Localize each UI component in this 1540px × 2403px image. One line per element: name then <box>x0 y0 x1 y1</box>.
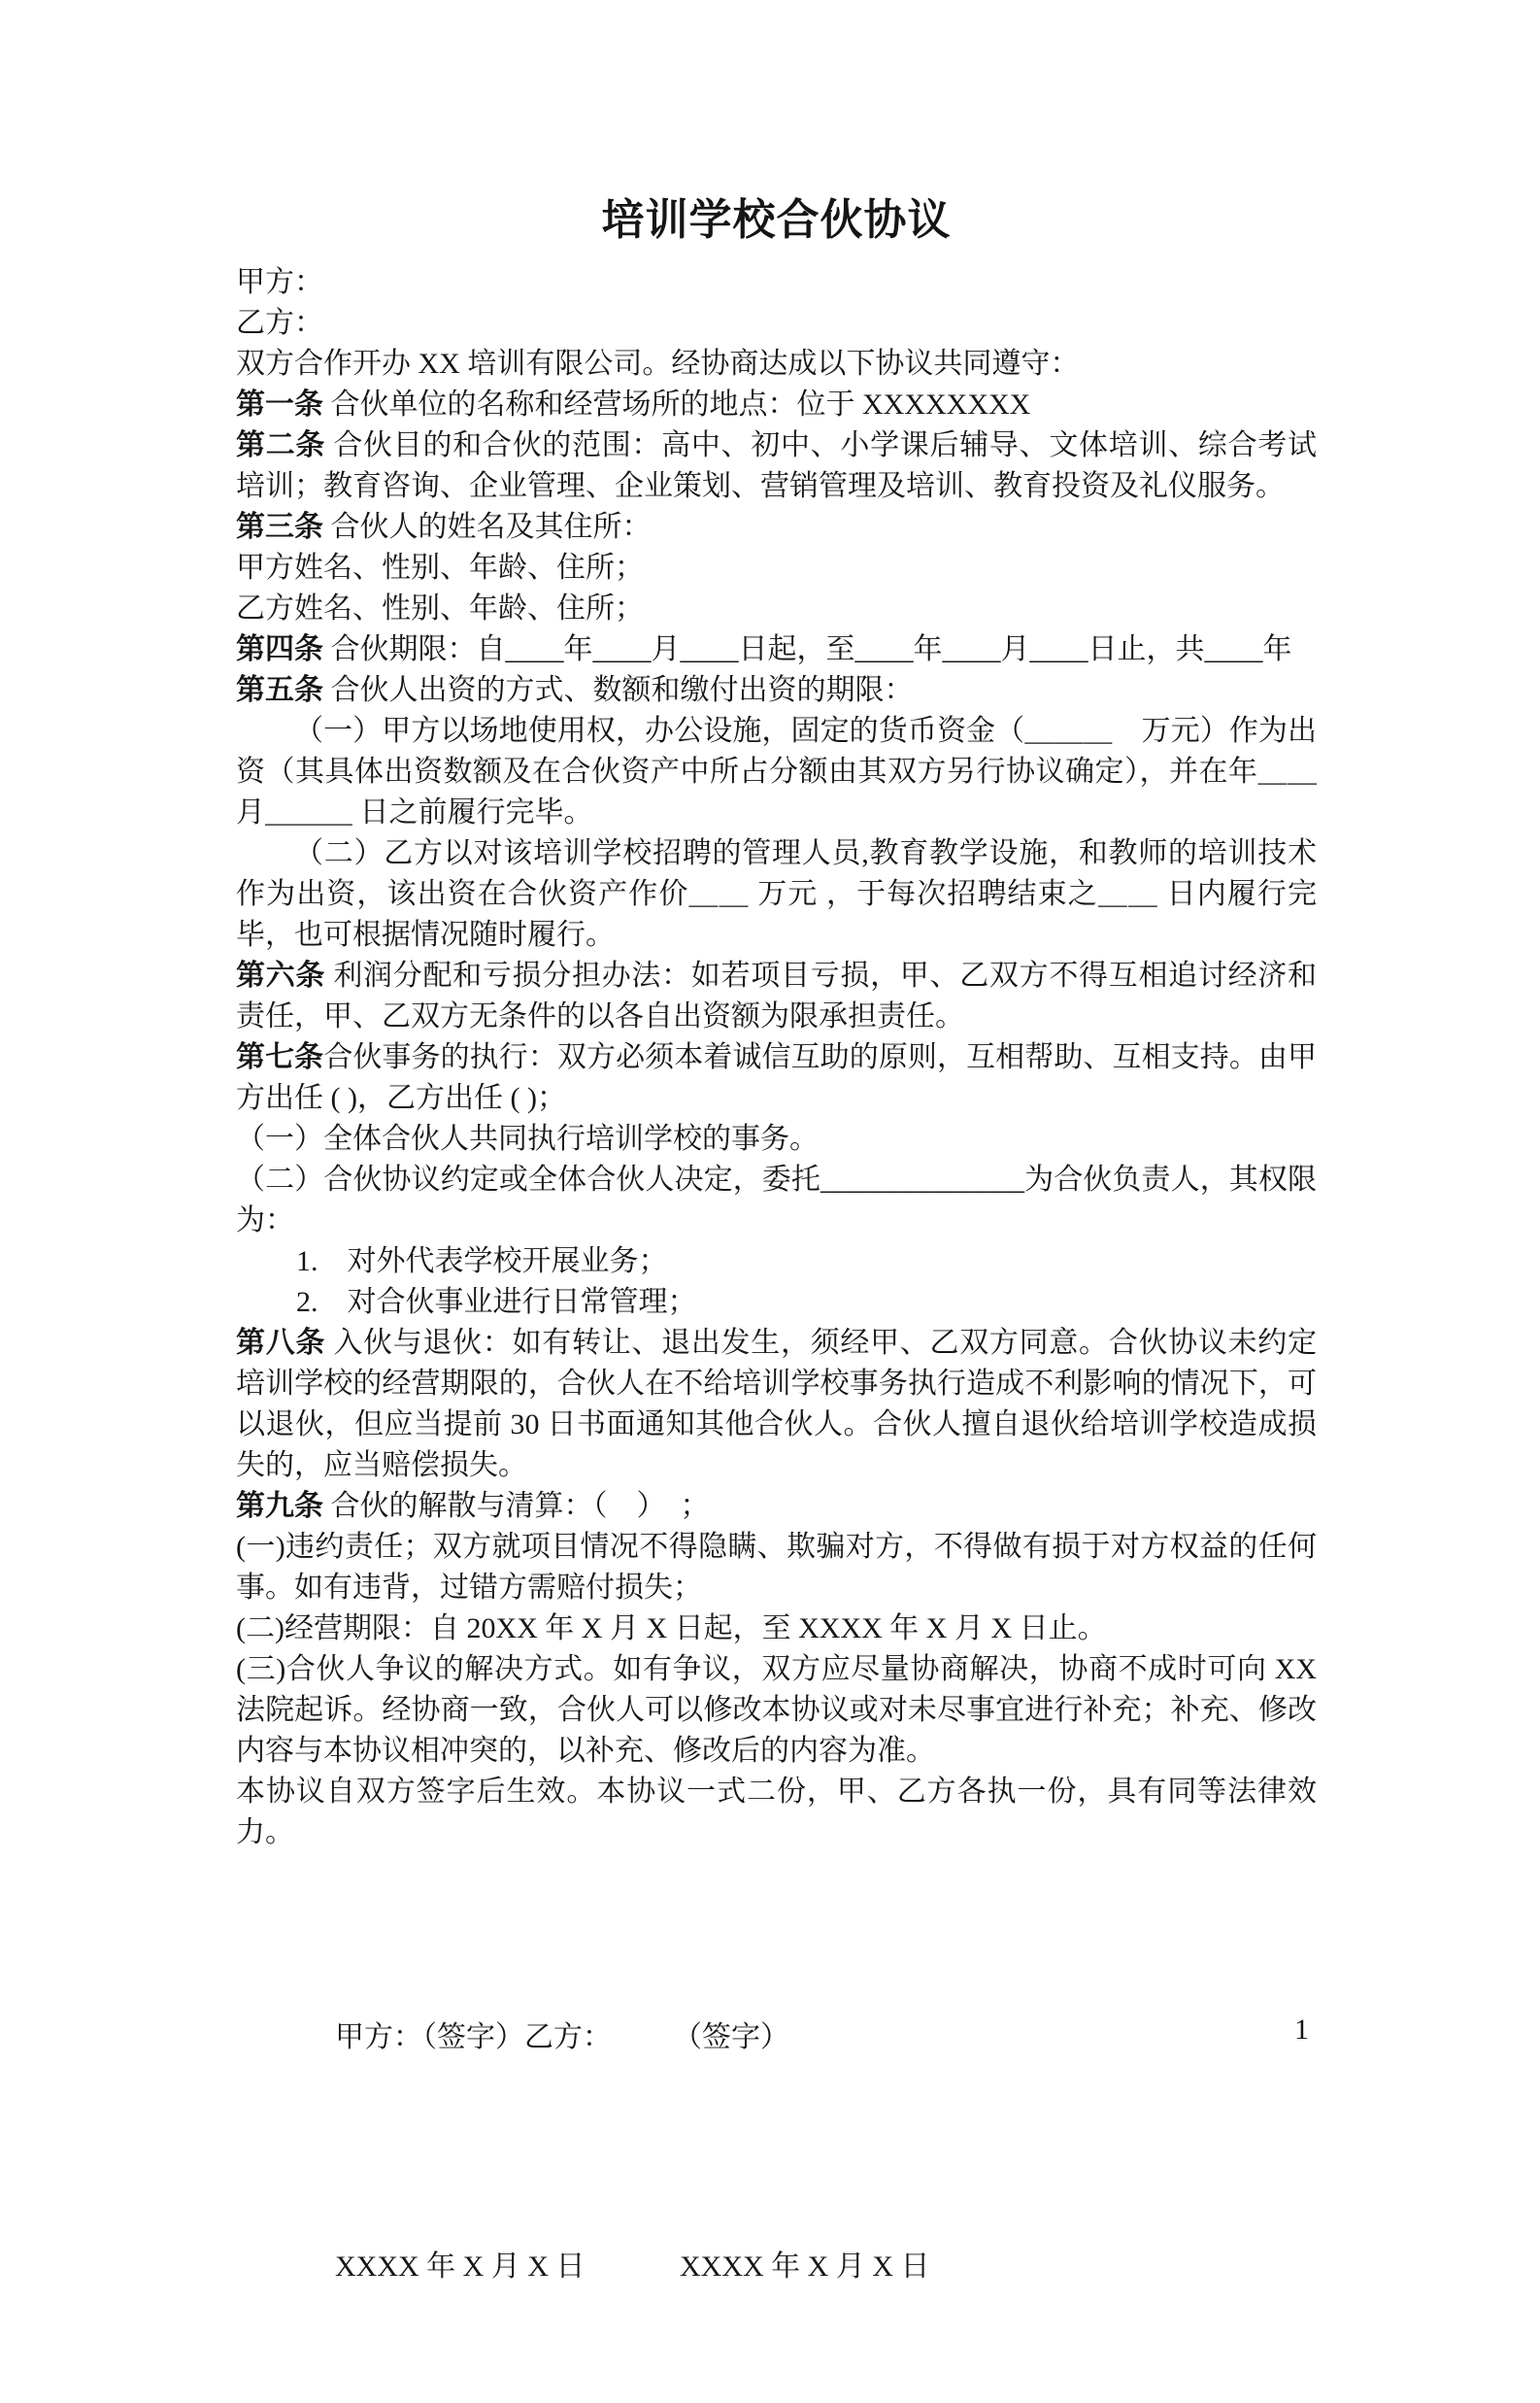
clause-7: 第七条合伙事务的执行：双方必须本着诚信互助的原则，互相帮助、互相支持。由甲方出任… <box>236 1037 1317 1119</box>
party-a-info-line: 甲方姓名、性别、年龄、住所； <box>236 548 1317 589</box>
clause-9-label: 第九条 <box>236 1490 323 1522</box>
clause-9: 第九条 合伙的解散与清算：（ ） ； <box>236 1486 1317 1527</box>
party-a-date: XXXX 年 X 月 X 日 <box>335 2248 680 2286</box>
clause-5-item-2: （二）乙方以对该培训学校招聘的管理人员,教育教学设施，和教师的培训技术作为出资，… <box>236 833 1317 956</box>
clause-8: 第八条 入伙与退伙：如有转让、退出发生，须经甲、乙双方同意。合伙协议未约定培训学… <box>236 1323 1317 1486</box>
authority-item-1: 1. 对外代表学校开展业务； <box>236 1241 1317 1282</box>
party-b-info-line: 乙方姓名、性别、年龄、住所； <box>236 589 1317 629</box>
clause-8-label: 第八条 <box>236 1327 325 1359</box>
clause-4: 第四条 合伙期限：自____年____月____日起，至____年____月__… <box>236 629 1317 670</box>
clause-9-item-3: (三)合伙人争议的解决方式。如有争议，双方应尽量协商解决，协商不成时可向 XX … <box>236 1649 1317 1772</box>
party-b-date: XXXX 年 X 月 X 日 <box>680 2251 930 2283</box>
clause-1-label: 第一条 <box>236 389 323 421</box>
clause-6-text: 利润分配和亏损分担办法：如若项目亏损，甲、乙双方不得互相追讨经济和责任，甲、乙双… <box>236 960 1317 1032</box>
clause-5-text: 合伙人出资的方式、数额和缴付出资的期限： <box>323 674 914 706</box>
clause-5: 第五条 合伙人出资的方式、数额和缴付出资的期限： <box>236 670 1317 711</box>
clause-4-label: 第四条 <box>236 633 323 665</box>
page-number: 1 <box>1294 2013 1309 2048</box>
party-a-line: 甲方： <box>236 262 1317 303</box>
clause-5-item-1: （一）甲方以场地使用权，办公设施，固定的货币资金（＿＿＿ 万元）作为出资（其具体… <box>236 711 1317 833</box>
party-b-signature-label: （签字） <box>673 2021 789 2053</box>
intro-paragraph: 双方合作开办 XX 培训有限公司。经协商达成以下协议共同遵守： <box>236 344 1317 385</box>
clause-9-item-2: (二)经营期限：自 20XX 年 X 月 X 日起，至 XXXX 年 X 月 X… <box>236 1608 1317 1649</box>
clause-4-text: 合伙期限：自____年____月____日起，至____年____月____日止… <box>323 633 1292 665</box>
effectiveness-paragraph: 本协议自双方签字后生效。本协议一式二份，甲、乙方各执一份，具有同等法律效力。 <box>236 1772 1317 1853</box>
clause-5-label: 第五条 <box>236 674 323 706</box>
document-title: 培训学校合伙协议 <box>236 0 1317 249</box>
authority-item-2: 2. 对合伙事业进行日常管理； <box>236 1282 1317 1323</box>
document-page: 培训学校合伙协议 甲方： 乙方： 双方合作开办 XX 培训有限公司。经协商达成以… <box>236 0 1317 2403</box>
clause-6: 第六条 利润分配和亏损分担办法：如若项目亏损，甲、乙双方不得互相追讨经济和责任，… <box>236 956 1317 1037</box>
clause-7-item-2: （二）合伙协议约定或全体合伙人决定，委托______________为合伙负责人… <box>236 1160 1317 1241</box>
clause-9-item-1: (一)违约责任；双方就项目情况不得隐瞒、欺骗对方，不得做有损于对方权益的任何事。… <box>236 1527 1317 1608</box>
clause-7-label: 第七条 <box>236 1041 323 1073</box>
clause-7-item-1: （一）全体合伙人共同执行培训学校的事务。 <box>236 1119 1317 1160</box>
clause-7-text: 合伙事务的执行：双方必须本着诚信互助的原则，互相帮助、互相支持。由甲方出任 ( … <box>236 1041 1317 1114</box>
clause-3-text: 合伙人的姓名及其住所： <box>323 511 652 543</box>
clause-8-text: 入伙与退伙：如有转让、退出发生，须经甲、乙双方同意。合伙协议未约定培训学校的经营… <box>236 1327 1317 1481</box>
signature-name-row: 甲方：（签字）乙方：（签字） <box>291 1980 1317 2096</box>
clause-1: 第一条 合伙单位的名称和经营场所的地点：位于 XXXXXXXX <box>236 385 1317 425</box>
signature-date-row: XXXX 年 X 月 X 日XXXX 年 X 月 X 日 <box>291 2209 1317 2325</box>
party-a-signature-label: 甲方：（签字）乙方： <box>335 2018 673 2057</box>
party-b-line: 乙方： <box>236 303 1317 344</box>
clause-3: 第三条 合伙人的姓名及其住所： <box>236 507 1317 548</box>
clause-9-text: 合伙的解散与清算：（ ） ； <box>323 1490 710 1522</box>
clause-3-label: 第三条 <box>236 511 323 543</box>
clause-6-label: 第六条 <box>236 960 325 992</box>
document-body: 甲方： 乙方： 双方合作开办 XX 培训有限公司。经协商达成以下协议共同遵守： … <box>236 262 1317 1853</box>
clause-2-label: 第二条 <box>236 429 325 461</box>
signature-block: 甲方：（签字）乙方：（签字） XXXX 年 X 月 X 日XXXX 年 X 月 … <box>291 1902 1317 2403</box>
clause-2-text: 合伙目的和合伙的范围：高中、初中、小学课后辅导、文体培训、综合考试培训；教育咨询… <box>236 429 1317 502</box>
clause-1-text: 合伙单位的名称和经营场所的地点：位于 XXXXXXXX <box>323 389 1030 421</box>
clause-2: 第二条 合伙目的和合伙的范围：高中、初中、小学课后辅导、文体培训、综合考试培训；… <box>236 425 1317 507</box>
